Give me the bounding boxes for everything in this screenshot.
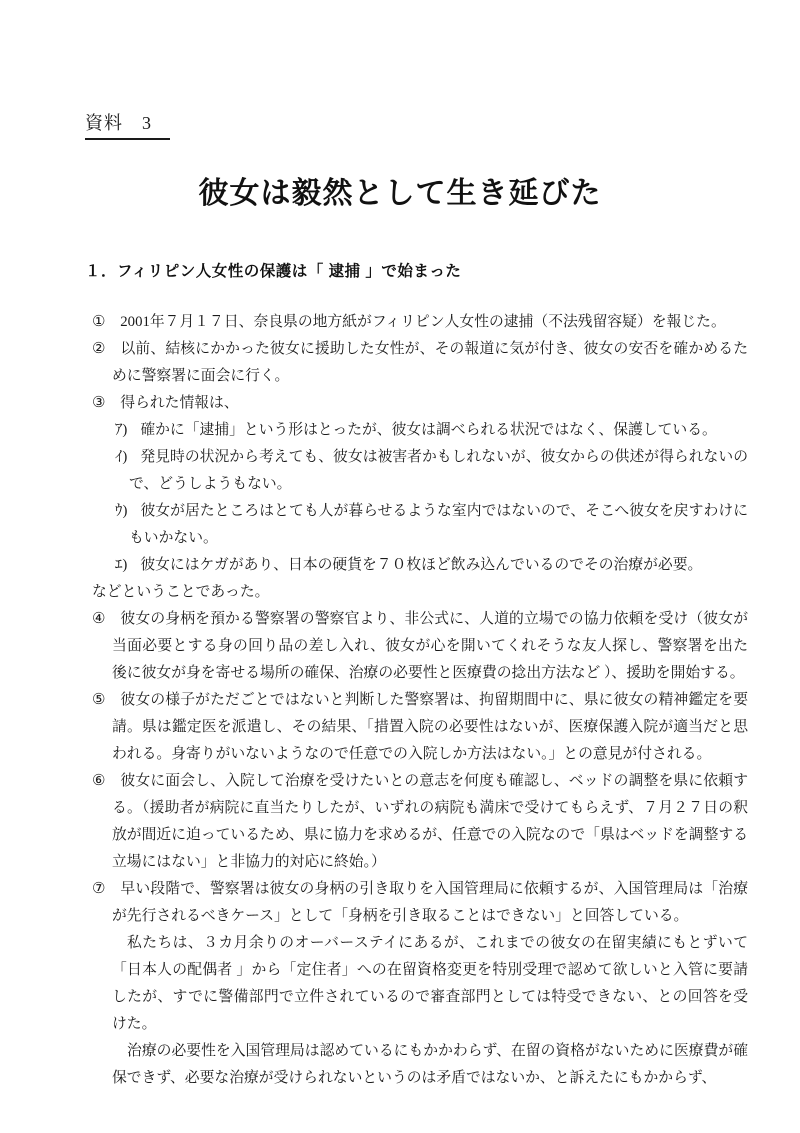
indented-paragraph-1: 私たちは、３カ月余りのオーバーステイにあるが、これまでの彼女の在留実績にもとずい… [92, 930, 748, 1038]
sub-item-e: ｴ)彼女にはケガがあり、日本の硬貨を７０枚ほど飲み込んでいるのでその治療が必要。 [92, 552, 748, 579]
numbered-item-2: ②以前、結核にかかった彼女に援助した女性が、その報道に気が付き、彼女の安否を確か… [92, 336, 748, 390]
item-marker: ② [92, 341, 105, 357]
doc-label: 資料 3 [85, 109, 170, 140]
item-text: 以前、結核にかかった彼女に援助した女性が、その報道に気が付き、彼女の安否を確かめ… [112, 341, 748, 384]
numbered-item-5: ⑤彼女の様子がただごとではないと判断した警察署は、拘留期間中に、県に彼女の精神鑑… [92, 687, 748, 768]
section-heading: １．フィリピン人女性の保護は「 逮捕 」で始まった [85, 259, 461, 281]
item-marker: ① [92, 314, 105, 330]
item-text: 早い段階で、警察署は彼女の身柄の引き取りを入国管理局に依頼するが、入国管理局は「… [112, 881, 748, 924]
item-text: 発見時の状況から考えても、彼女は被害者かもしれないが、彼女からの供述が得られない… [129, 449, 748, 492]
sub-item-marker: ｳ) [115, 503, 127, 519]
numbered-item-4: ④彼女の身柄を預かる警察署の警察官より、非公式に、人道的立場での協力依頼を受け（… [92, 606, 748, 687]
sub-item-a: ｱ)確かに「逮捕」という形はとったが、彼女は調べられる状況ではなく、保護している… [92, 417, 748, 444]
item-text: 2001年７月１７日、奈良県の地方紙がフィリピン人女性の逮捕（不法残留容疑）を報… [120, 314, 726, 330]
item-marker: ⑤ [92, 692, 105, 708]
item-text: 得られた情報は、 [120, 395, 238, 411]
numbered-item-6: ⑥彼女に面会し、入院して治療を受けたいとの意志を何度も確認し、ベッドの調整を県に… [92, 768, 748, 876]
item-text: 彼女にはケガがあり、日本の硬貨を７０枚ほど飲み込んでいるのでその治療が必要。 [140, 557, 702, 573]
item-text: などということであった。 [92, 584, 269, 600]
item-text: 彼女の様子がただごとではないと判断した警察署は、拘留期間中に、県に彼女の精神鑑定… [112, 692, 748, 762]
sub-item-marker: ｱ) [115, 422, 127, 438]
page-title: 彼女は毅然として生き延びた [0, 168, 800, 212]
item-text: 彼女の身柄を預かる警察署の警察官より、非公式に、人道的立場での協力依頼を受け（彼… [112, 611, 748, 681]
continuation-line: などということであった。 [92, 579, 748, 606]
document-page: 資料 3 彼女は毅然として生き延びた １．フィリピン人女性の保護は「 逮捕 」で… [0, 0, 800, 1133]
item-text: 私たちは、３カ月余りのオーバーステイにあるが、これまでの彼女の在留実績にもとずい… [112, 935, 748, 1032]
sub-item-u: ｳ)彼女が居たところはとても人が暮らせるような室内ではないので、そこへ彼女を戻す… [92, 498, 748, 552]
numbered-item-3: ③得られた情報は、 [92, 390, 748, 417]
sub-item-marker: ｲ) [115, 449, 127, 465]
indented-paragraph-2: 治療の必要性を入国管理局は認めているにもかかわらず、在留の資格がないために医療費… [92, 1038, 748, 1092]
item-marker: ⑥ [92, 773, 105, 789]
sub-item-marker: ｴ) [115, 557, 127, 573]
sub-item-i: ｲ)発見時の状況から考えても、彼女は被害者かもしれないが、彼女からの供述が得られ… [92, 444, 748, 498]
item-text: 確かに「逮捕」という形はとったが、彼女は調べられる状況ではなく、保護している。 [140, 422, 717, 438]
numbered-item-7: ⑦早い段階で、警察署は彼女の身柄の引き取りを入国管理局に依頼するが、入国管理局は… [92, 876, 748, 930]
item-text: 彼女が居たところはとても人が暮らせるような室内ではないので、そこへ彼女を戻すわけ… [129, 503, 748, 546]
item-marker: ⑦ [92, 881, 105, 897]
item-text: 治療の必要性を入国管理局は認めているにもかかわらず、在留の資格がないために医療費… [112, 1043, 748, 1086]
body-text: ①2001年７月１７日、奈良県の地方紙がフィリピン人女性の逮捕（不法残留容疑）を… [92, 309, 748, 1092]
item-marker: ④ [92, 611, 105, 627]
item-marker: ③ [92, 395, 105, 411]
numbered-item-1: ①2001年７月１７日、奈良県の地方紙がフィリピン人女性の逮捕（不法残留容疑）を… [92, 309, 748, 336]
item-text: 彼女に面会し、入院して治療を受けたいとの意志を何度も確認し、ベッドの調整を県に依… [112, 773, 748, 870]
